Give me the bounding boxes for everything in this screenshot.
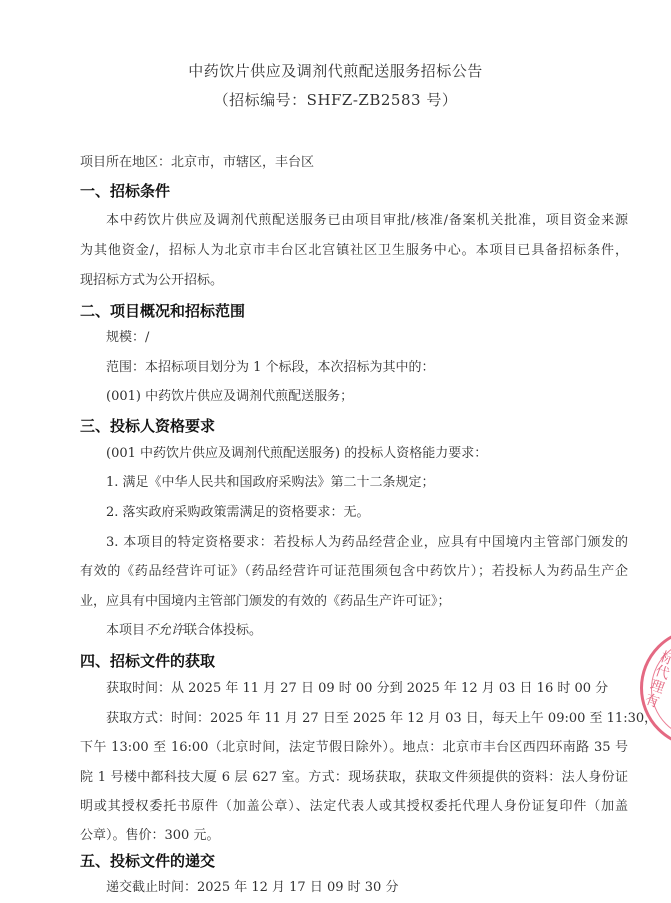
consortium-not-allowed: 不允许 — [145, 623, 184, 638]
section-1-line-1: 本中药饮片供应及调剂代煎配送服务已由项目审批/核准/备案机关批准，项目资金来源 — [106, 213, 628, 229]
section-3-heading: 三、投标人资格要求 — [80, 415, 215, 436]
requirement-3-line-2: 有效的《药品经营许可证》（药品经营许可证范围须包含中药饮片）；若投标人为药品生产… — [80, 564, 628, 580]
section-1-line-2: 为其他资金/，招标人为北京市丰台区北宫镇社区卫生服务中心。本项目已具备招标条件， — [80, 243, 628, 259]
consortium-line: 本项目不允许联合体投标。 — [106, 623, 262, 639]
section-5-heading: 五、投标文件的递交 — [80, 850, 215, 871]
acquisition-time: 获取时间：从 2025 年 11 月 27 日 09 时 00 分到 2025 … — [106, 681, 608, 697]
consortium-suffix: 联合体投标。 — [184, 623, 262, 638]
consortium-prefix: 本项目 — [106, 623, 145, 638]
requirement-2: 2. 落实政府采购政策需满足的资格要求：无。 — [106, 505, 370, 521]
project-region: 项目所在地区：北京市，市辖区，丰台区 — [80, 155, 314, 171]
acquisition-method-line-3: 院 1 号楼中都科技大厦 6 层 627 室。方式：现场获取，获取文件须提供的资… — [80, 770, 628, 786]
scope-line: 范围：本招标项目划分为 1 个标段，本次招标为其中的： — [106, 360, 435, 376]
requirement-1: 1. 满足《中华人民共和国政府采购法》第二十二条规定； — [106, 475, 435, 491]
scale-line: 规模：/ — [106, 330, 149, 346]
acquisition-method-line-2: 下午 13:00 至 16:00（北京时间，法定节假日除外）。地点：北京市丰台区… — [80, 740, 628, 756]
section-2-heading: 二、项目概况和招标范围 — [80, 300, 245, 321]
lot-line: (001) 中药饮片供应及调剂代煎配送服务； — [106, 389, 353, 405]
requirement-3-line-1: 3. 本项目的特定资格要求：若投标人为药品经营企业，应具有中国境内主管部门颁发的 — [106, 535, 628, 551]
acquisition-method-line-4: 明或其授权委托书原件（加盖公章）、法定代表人或其授权委托代理人身份证复印件（加盖 — [80, 799, 628, 815]
document-title: 中药饮片供应及调剂代煎配送服务招标公告 — [0, 60, 671, 81]
submission-deadline: 递交截止时间：2025 年 12 月 17 日 09 时 30 分 — [106, 880, 398, 896]
acquisition-method-line-5: 公章）。售价：300 元。 — [80, 828, 219, 844]
official-seal: 标代理有 — [640, 628, 671, 748]
tender-number: （招标编号：SHFZ-ZB2583 号） — [0, 89, 671, 110]
document-page: 中药饮片供应及调剂代煎配送服务招标公告 （招标编号：SHFZ-ZB2583 号）… — [0, 0, 671, 903]
requirement-3-line-3: 业，应具有中国境内主管部门颁发的有效的《药品生产许可证》； — [80, 594, 451, 610]
qualification-intro: (001 中药饮片供应及调剂代煎配送服务) 的投标人资格能力要求： — [106, 446, 487, 462]
section-1-heading: 一、招标条件 — [80, 180, 170, 201]
section-1-line-3: 现招标方式为公开招标。 — [80, 273, 223, 289]
section-4-heading: 四、招标文件的获取 — [80, 650, 215, 671]
acquisition-method-line-1: 获取方式：时间：2025 年 11 月 27 日至 2025 年 12 月 03… — [106, 711, 628, 727]
